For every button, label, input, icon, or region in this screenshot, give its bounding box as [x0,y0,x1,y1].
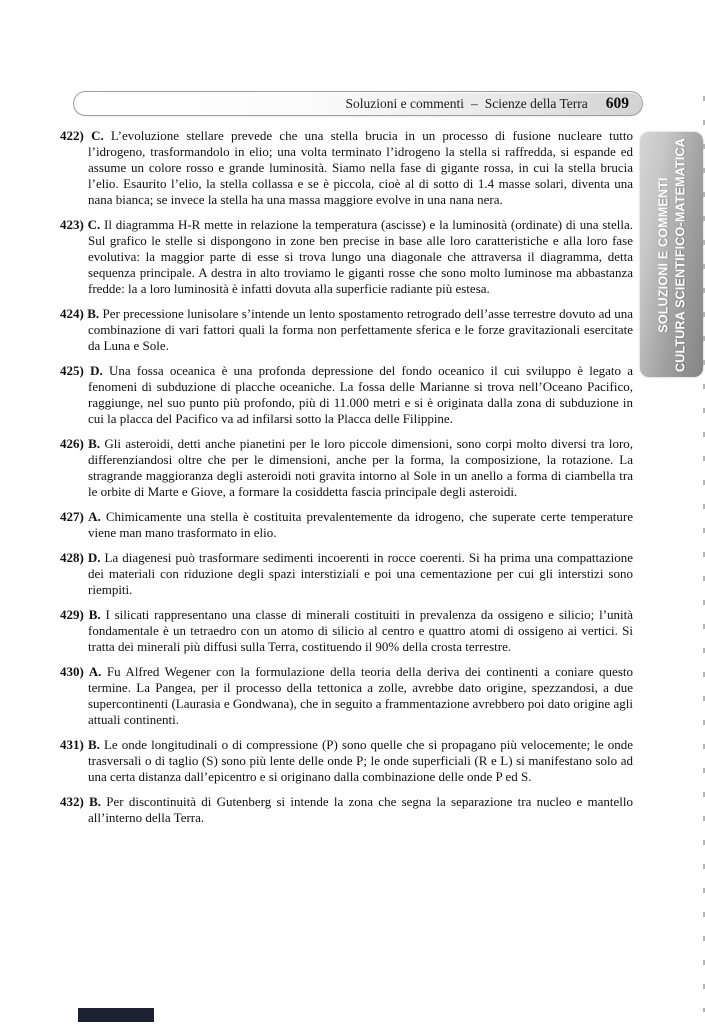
item-text: Per discontinuità di Gutenberg si intend… [88,794,633,825]
item-label: 422) C. [60,128,104,143]
solution-item: 432) B. Per discontinuità di Gutenberg s… [60,794,633,826]
item-answer: B. [87,306,99,321]
item-number: 428) [60,550,84,565]
item-text: Le onde longitudinali o di compressione … [88,737,633,784]
item-label: 425) D. [60,363,103,378]
solution-item: 430) A. Fu Alfred Wegener con la formula… [60,664,633,728]
item-number: 425) [60,363,84,378]
solution-item: 428) D. La diagenesi può trasformare sed… [60,550,633,598]
item-text: Fu Alfred Wegener con la formulazione de… [88,664,633,727]
item-answer: D. [90,363,103,378]
item-answer: A. [89,664,102,679]
side-tab-line1: SOLUZIONI E COMMENTI [655,177,672,332]
item-text: Gli asteroidi, detti anche pianetini per… [88,436,633,499]
item-answer: D. [88,550,101,565]
item-answer: C. [88,217,101,232]
item-answer: B. [89,607,101,622]
item-number: 422) [60,128,84,143]
item-number: 424) [60,306,84,321]
item-answer: B. [88,436,100,451]
page-number: 609 [606,95,629,113]
item-answer: B. [89,794,101,809]
solution-item: 427) A. Chimicamente una stella è costit… [60,509,633,541]
item-label: 431) B. [60,737,100,752]
solution-item: 429) B. I silicati rappresentano una cla… [60,607,633,655]
item-number: 429) [60,607,84,622]
item-text: Per precessione lunisolare s’intende un … [88,306,633,353]
solution-item: 425) D. Una fossa oceanica è una profond… [60,363,633,427]
page-header-bar: Soluzioni e commenti – Scienze della Ter… [73,91,643,116]
solution-item: 431) B. Le onde longitudinali o di compr… [60,737,633,785]
item-number: 431) [60,737,84,752]
header-title: Soluzioni e commenti [346,96,464,112]
side-tab-line2: CULTURA SCIENTIFICO-MATEMATICA [672,138,689,372]
item-label: 423) C. [60,217,100,232]
item-label: 427) A. [60,509,101,524]
item-label: 432) B. [60,794,101,809]
item-number: 432) [60,794,84,809]
header-section: Scienze della Terra [485,96,588,112]
item-label: 429) B. [60,607,101,622]
item-number: 426) [60,436,84,451]
item-answer: C. [91,128,104,143]
item-text: Il diagramma H-R mette in relazione la t… [88,217,633,296]
item-label: 426) B. [60,436,100,451]
item-answer: B. [88,737,100,752]
item-text: La diagenesi può trasformare sedimenti i… [88,550,633,597]
footer-bar [78,1008,154,1022]
header-dash: – [471,96,478,112]
solution-item: 424) B. Per precessione lunisolare s’int… [60,306,633,354]
item-answer: A. [88,509,101,524]
item-label: 424) B. [60,306,99,321]
solutions-list: 422) C. L’evoluzione stellare prevede ch… [60,128,633,835]
item-number: 423) [60,217,84,232]
item-label: 428) D. [60,550,101,565]
solution-item: 423) C. Il diagramma H-R mette in relazi… [60,217,633,297]
item-text: L’evoluzione stellare prevede che una st… [88,128,633,207]
item-number: 430) [60,664,84,679]
item-text: I silicati rappresentano una classe di m… [88,607,633,654]
item-text: Una fossa oceanica è una profonda depres… [88,363,633,426]
solution-item: 426) B. Gli asteroidi, detti anche piane… [60,436,633,500]
side-tab-text: SOLUZIONI E COMMENTI CULTURA SCIENTIFICO… [640,132,703,377]
solution-item: 422) C. L’evoluzione stellare prevede ch… [60,128,633,208]
item-label: 430) A. [60,664,101,679]
side-tab: SOLUZIONI E COMMENTI CULTURA SCIENTIFICO… [640,132,703,377]
item-text: Chimicamente una stella è costituita pre… [88,509,633,540]
item-number: 427) [60,509,84,524]
